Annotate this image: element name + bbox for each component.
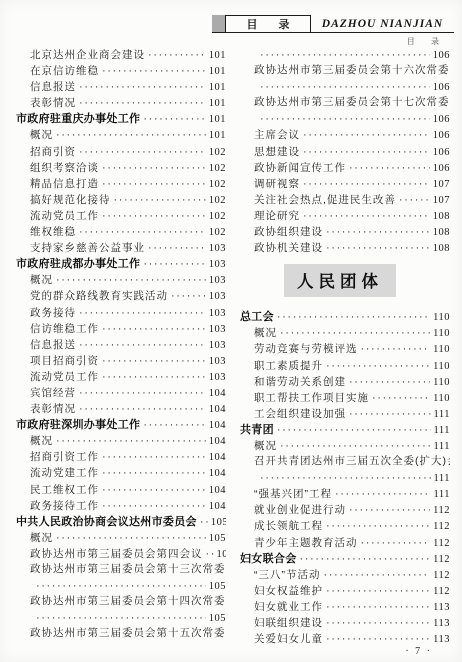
- toc-page-number: 111: [434, 471, 450, 485]
- toc-entry: 妇女就业工作113: [240, 598, 450, 614]
- dot-leader: [148, 239, 206, 255]
- dot-leader: [36, 609, 206, 625]
- dot-leader: [277, 308, 430, 324]
- toc-entry-title: 妇女权益维护: [254, 583, 323, 598]
- toc-page-number: 112: [433, 552, 450, 566]
- dot-leader: [326, 598, 430, 614]
- toc-page-number: 110: [433, 326, 450, 340]
- dot-leader: [114, 191, 206, 207]
- dot-leader: [326, 223, 430, 239]
- toc-entry: 概况105: [16, 529, 226, 545]
- toc-entry: 流动党建工作104: [16, 464, 226, 480]
- toc-entry: 理论研究108: [240, 207, 450, 223]
- dot-leader: [303, 126, 430, 142]
- toc-page-number: 103: [209, 354, 226, 368]
- journal-title: DAZHOU NIANJIAN: [322, 18, 443, 30]
- dot-leader: [303, 143, 430, 159]
- dot-leader: [303, 207, 430, 223]
- section-header: 人民团体: [284, 264, 396, 297]
- toc-page-number: 111: [434, 487, 450, 501]
- toc-entry: 调研视察107: [240, 175, 450, 191]
- dot-leader: [79, 143, 206, 159]
- toc-entry: 主席会议106: [240, 126, 450, 142]
- toc-entry-title: 项目招商引资: [30, 353, 99, 368]
- toc-entry: 信息报送103: [16, 336, 226, 352]
- toc-entry-title: 政协达州市第三届委员会第十五次常委会议: [30, 625, 226, 641]
- dot-leader: [143, 110, 205, 126]
- toc-entry: 概况110: [240, 324, 450, 340]
- toc-page-number: 106: [433, 145, 450, 159]
- header-bar: 目 录 DAZHOU NIANJIAN: [212, 15, 454, 33]
- dot-leader: [349, 373, 430, 389]
- toc-entry: 概况101: [16, 126, 226, 142]
- header-square-icon: [212, 15, 225, 32]
- toc-entry: 召开共青团达州市三届五次全委(扩大)会: [240, 453, 450, 469]
- dot-leader: [79, 223, 206, 239]
- toc-page-number: 102: [209, 193, 226, 207]
- dot-leader: [102, 207, 206, 223]
- toc-entry: 政务接待工作104: [16, 497, 226, 513]
- dot-leader: [372, 389, 430, 405]
- toc-entry: 和谐劳动关系创建110: [240, 373, 450, 389]
- toc-page-number: 102: [209, 209, 226, 223]
- toc-entry-title: 工会组织建设加强: [254, 406, 346, 421]
- dot-leader: [171, 287, 206, 303]
- toc-entry: 招商引资工作104: [16, 448, 226, 464]
- toc-entry-title: 维权维稳: [30, 224, 76, 239]
- toc-entry: 总工会110: [240, 308, 450, 324]
- toc-page-number: 101: [209, 128, 226, 142]
- toc-entry-title: 信息报送: [30, 79, 76, 94]
- toc-entry: 概况104: [16, 432, 226, 448]
- toc-page-number: 106: [433, 112, 450, 126]
- dot-leader: [300, 550, 431, 566]
- toc-entry: 流动党员工作102: [16, 207, 226, 223]
- toc-entry-title: 妇女就业工作: [254, 599, 323, 614]
- toc-entry: 组织考察洽谈102: [16, 159, 226, 175]
- toc-entry-title: 政协达州市第三届委员会第十六次常委会议: [254, 62, 450, 78]
- toc-page-number: 102: [209, 225, 226, 239]
- toc-entry-title: 党的群众路线教育实践活动: [30, 288, 168, 303]
- toc-entry: 政务接待103: [16, 304, 226, 320]
- dot-leader: [326, 630, 430, 646]
- toc-page-number: 113: [433, 632, 450, 646]
- toc-entry: “三八”节活动112: [240, 566, 450, 582]
- toc-page-number: 104: [209, 402, 226, 416]
- toc-entry-title: 关注社会热点,促进民生改善: [254, 192, 396, 207]
- toc-page-number: 112: [433, 584, 450, 598]
- toc-entry-title: 北京达州企业商会建设: [30, 47, 145, 62]
- toc-entry: “强基兴团”工程111: [240, 485, 450, 501]
- toc-entry: 思想建设106: [240, 143, 450, 159]
- toc-entry: 政协组织建设108: [240, 223, 450, 239]
- toc-page-number: 105: [217, 547, 227, 561]
- dot-leader: [349, 405, 431, 421]
- toc-entry: 中共人民政治协商会议达州市委员会105: [16, 513, 226, 529]
- toc-entry-title: 概况: [254, 438, 277, 453]
- toc-entry: 职工帮扶工作项目实施110: [240, 389, 450, 405]
- toc-page-number: 108: [433, 225, 450, 239]
- toc-entry: 关注社会热点,促进民生改善107: [240, 191, 450, 207]
- toc-entry-title: 流动党员工作: [30, 369, 99, 384]
- dot-leader: [349, 501, 430, 517]
- toc-page-number: 110: [433, 342, 450, 356]
- toc-entry: 北京达州企业商会建设101: [16, 46, 226, 62]
- dot-leader: [79, 400, 206, 416]
- toc-entry-title: 总工会: [240, 309, 274, 324]
- toc-page-number: 104: [209, 499, 226, 513]
- dot-leader: [260, 78, 430, 94]
- toc-entry: 劳动竞赛与劳模评选110: [240, 340, 450, 356]
- toc-entry-title: 召开共青团达州市三届五次全委(扩大)会: [254, 453, 450, 469]
- toc-entry-title: 表彰情况: [30, 401, 76, 416]
- dot-leader: [56, 529, 206, 545]
- toc-page-number: 105: [209, 531, 226, 545]
- dot-leader: [79, 94, 206, 110]
- toc-entry-title: 概况: [30, 272, 53, 287]
- toc-entry: 青少年主题教育活动112: [240, 534, 450, 550]
- toc-entry: 精品信息打造102: [16, 175, 226, 191]
- toc-entry: 妇女权益维护112: [240, 582, 450, 598]
- toc-entry-title: 政协达州市第三届委员会第十四次常委会议: [30, 593, 226, 609]
- toc-page-number: 106: [433, 80, 450, 94]
- toc-entry-title: 青少年主题教育活动: [254, 535, 358, 550]
- toc-page-number: 104: [209, 434, 226, 448]
- toc-entry-title: 信访维稳工作: [30, 321, 99, 336]
- toc-entry-title: 思想建设: [254, 144, 300, 159]
- dot-leader: [148, 46, 206, 62]
- toc-entry: 政协达州市第三届委员会第十四次常委会议: [16, 593, 226, 609]
- dot-leader: [79, 78, 206, 94]
- toc-entry-title: 政协组织建设: [254, 224, 323, 239]
- toc-page-number: 112: [433, 519, 450, 533]
- toc-page-number: 101: [209, 48, 226, 62]
- dot-leader: [200, 513, 208, 529]
- toc-page-number: 108: [433, 241, 450, 255]
- toc-page-number: 111: [434, 423, 450, 437]
- toc-page: 目 录 DAZHOU NIANJIAN 目 录 北京达州企业商会建设101在京信…: [0, 0, 462, 662]
- toc-page-number: 106: [433, 161, 450, 175]
- toc-page-number: 103: [209, 306, 226, 320]
- toc-entry: 106: [240, 110, 450, 126]
- journal-title-area: DAZHOU NIANJIAN: [311, 15, 454, 32]
- dot-leader: [399, 191, 430, 207]
- toc-entry-title: 劳动竞赛与劳模评选: [254, 341, 358, 356]
- toc-entry-title: 概况: [254, 325, 277, 340]
- toc-page-number: 105: [209, 579, 226, 593]
- toc-entry: 政协达州市第三届委员会第十七次常委会议: [240, 94, 450, 110]
- dot-leader: [79, 336, 206, 352]
- toc-entry-title: 概况: [30, 530, 53, 545]
- toc-page-number: 102: [209, 145, 226, 159]
- toc-entry: 市政府驻成都办事处工作103: [16, 255, 226, 271]
- dot-leader: [361, 534, 431, 550]
- toc-entry: 共青团111: [240, 421, 450, 437]
- dot-leader: [349, 159, 430, 175]
- toc-entry: 职工素质提升110: [240, 357, 450, 373]
- toc-page-number: 110: [433, 359, 450, 373]
- toc-entry: 106: [240, 46, 450, 62]
- toc-page-number: 113: [433, 600, 450, 614]
- toc-page-number: 111: [434, 407, 450, 421]
- toc-columns: 北京达州企业商会建设101在京信访维稳101信息报送101表彰情况101市政府驻…: [16, 46, 450, 644]
- dot-leader: [143, 255, 205, 271]
- dot-leader: [324, 566, 431, 582]
- toc-entry: 概况111: [240, 437, 450, 453]
- toc-entry: 项目招商引资103: [16, 352, 226, 368]
- dot-leader: [361, 340, 431, 356]
- dot-leader: [260, 469, 431, 485]
- toc-page-number: 110: [433, 375, 450, 389]
- toc-page-number: 105: [209, 611, 226, 625]
- toc-entry: 维权维稳102: [16, 223, 226, 239]
- dot-leader: [102, 159, 206, 175]
- toc-entry-title: 流动党建工作: [30, 465, 99, 480]
- toc-entry-title: 市政府驻成都办事处工作: [16, 256, 140, 271]
- toc-entry-title: 共青团: [240, 422, 274, 437]
- toc-page-number: 106: [433, 48, 450, 62]
- toc-entry: 在京信访维稳101: [16, 62, 226, 78]
- toc-entry: 市政府驻深圳办事处工作104: [16, 416, 226, 432]
- dot-leader: [102, 497, 206, 513]
- toc-entry-title: 主席会议: [254, 127, 300, 142]
- toc-page-number: 113: [433, 616, 450, 630]
- toc-entry-title: 调研视察: [254, 176, 300, 191]
- toc-entry: 111: [240, 469, 450, 485]
- toc-page-number: 112: [433, 568, 450, 582]
- toc-entry: 宾馆经营104: [16, 384, 226, 400]
- dot-leader: [303, 175, 430, 191]
- toc-entry-title: 概况: [30, 433, 53, 448]
- toc-entry: 政协机关建设108: [240, 239, 450, 255]
- dot-leader: [102, 175, 206, 191]
- toc-page-number: 101: [209, 96, 226, 110]
- toc-entry-title: 职工帮扶工作项目实施: [254, 390, 369, 405]
- dot-leader: [102, 448, 206, 464]
- toc-entry-title: 招商引资: [30, 144, 76, 159]
- toc-entry: 关爱妇女儿童113: [240, 630, 450, 646]
- toc-page-number: 103: [209, 273, 226, 287]
- toc-page-number: 103: [209, 289, 226, 303]
- toc-page-number: 104: [209, 466, 226, 480]
- dot-leader: [79, 304, 206, 320]
- toc-page-number: 110: [433, 310, 450, 324]
- dot-leader: [102, 352, 206, 368]
- toc-entry-title: 市政府驻重庆办事处工作: [16, 111, 140, 126]
- toc-entry: 106: [240, 78, 450, 94]
- toc-entry-title: 政协达州市第三届委员会第十七次常委会议: [254, 94, 450, 110]
- toc-entry: 表彰情况104: [16, 400, 226, 416]
- toc-entry: 搞好规范化接待102: [16, 191, 226, 207]
- toc-title-label: 目 录: [237, 16, 298, 32]
- toc-entry-title: “强基兴团”工程: [254, 486, 332, 501]
- dot-leader: [36, 577, 206, 593]
- toc-entry-title: 宾馆经营: [30, 385, 76, 400]
- dot-leader: [280, 324, 430, 340]
- toc-page-number: 103: [209, 370, 226, 384]
- toc-entry: 妇联组织建设113: [240, 614, 450, 630]
- dot-leader: [326, 517, 430, 533]
- toc-page-number: 110: [433, 391, 450, 405]
- dot-leader: [260, 46, 430, 62]
- toc-page-number: 104: [209, 450, 226, 464]
- dot-leader: [326, 582, 430, 598]
- toc-entry: 党的群众路线教育实践活动103: [16, 287, 226, 303]
- dot-leader: [102, 464, 206, 480]
- toc-entry: 信息报送101: [16, 78, 226, 94]
- toc-page-number: 104: [209, 483, 226, 497]
- toc-entry: 概况103: [16, 271, 226, 287]
- toc-entry-title: 搞好规范化接待: [30, 192, 111, 207]
- toc-entry: 105: [16, 577, 226, 593]
- toc-entry: 流动党员工作103: [16, 368, 226, 384]
- toc-entry: 政协达州市第三届委员会第四会议105: [16, 545, 226, 561]
- toc-page-number: 107: [433, 177, 450, 191]
- toc-entry-title: 妇女联合会: [240, 551, 297, 566]
- toc-entry-title: 招商引资工作: [30, 449, 99, 464]
- toc-column-left: 北京达州企业商会建设101在京信访维稳101信息报送101表彰情况101市政府驻…: [16, 46, 226, 644]
- toc-entry-title: 政协机关建设: [254, 240, 323, 255]
- toc-page-number: 108: [433, 209, 450, 223]
- dot-leader: [326, 614, 430, 630]
- toc-entry-title: 政协达州市第三届委员会第十三次常委会议: [30, 561, 226, 577]
- toc-entry-title: 支持家乡慈善公益事业: [30, 240, 145, 255]
- toc-entry-title: 市政府驻深圳办事处工作: [16, 417, 140, 432]
- toc-entry-title: “三八”节活动: [254, 567, 321, 582]
- toc-entry-title: 政协新闻宣传工作: [254, 160, 346, 175]
- toc-entry-title: 成长领航工程: [254, 518, 323, 533]
- toc-page-number: 101: [209, 112, 226, 126]
- toc-entry: 表彰情况101: [16, 94, 226, 110]
- toc-entry-title: 精品信息打造: [30, 176, 99, 191]
- toc-page-number: 103: [209, 257, 226, 271]
- toc-entry-title: 在京信访维稳: [30, 63, 99, 78]
- dot-leader: [102, 368, 206, 384]
- toc-entry: 政协达州市第三届委员会第十三次常委会议: [16, 561, 226, 577]
- toc-entry-title: 关爱妇女儿童: [254, 631, 323, 646]
- toc-entry: 工会组织建设加强111: [240, 405, 450, 421]
- page-number-footer: · 7 ·: [405, 646, 432, 657]
- toc-entry-title: 和谐劳动关系创建: [254, 374, 346, 389]
- toc-entry: 就业创业促进行动112: [240, 501, 450, 517]
- dot-leader: [326, 239, 430, 255]
- toc-page-number: 103: [209, 322, 226, 336]
- toc-entry: 支持家乡慈善公益事业103: [16, 239, 226, 255]
- toc-entry: 民工维权工作104: [16, 481, 226, 497]
- toc-column-right: 106政协达州市第三届委员会第十六次常委会议106政协达州市第三届委员会第十七次…: [240, 46, 450, 644]
- toc-page-number: 112: [433, 503, 450, 517]
- dot-leader: [143, 416, 205, 432]
- toc-entry-title: 就业创业促进行动: [254, 502, 346, 517]
- toc-entry: 信访维稳工作103: [16, 320, 226, 336]
- toc-entry-title: 中共人民政治协商会议达州市委员会: [16, 514, 197, 529]
- toc-page-number: 112: [433, 536, 450, 550]
- toc-page-number: 107: [433, 193, 450, 207]
- dot-leader: [56, 126, 206, 142]
- toc-page-number: 102: [209, 177, 226, 191]
- toc-page-number: 106: [433, 128, 450, 142]
- dot-leader: [56, 271, 206, 287]
- toc-entry: 105: [16, 609, 226, 625]
- dot-leader: [277, 421, 431, 437]
- dot-leader: [280, 437, 431, 453]
- toc-page-number: 101: [209, 80, 226, 94]
- toc-page-number: 104: [209, 386, 226, 400]
- toc-entry-title: 组织考察洽谈: [30, 160, 99, 175]
- dot-leader: [102, 62, 206, 78]
- toc-entry: 政协达州市第三届委员会第十五次常委会议: [16, 625, 226, 641]
- toc-entry-title: 职工素质提升: [254, 358, 323, 373]
- toc-page-number: 103: [209, 241, 226, 255]
- dot-leader: [326, 357, 430, 373]
- toc-page-number: 102: [209, 161, 226, 175]
- toc-page-number: 111: [434, 439, 450, 453]
- dot-leader: [79, 384, 206, 400]
- toc-entry-title: 流动党员工作: [30, 208, 99, 223]
- toc-entry: 市政府驻重庆办事处工作101: [16, 110, 226, 126]
- dot-leader: [102, 320, 206, 336]
- toc-page-number: 104: [209, 418, 226, 432]
- dot-leader: [260, 110, 430, 126]
- toc-title-box: 目 录: [225, 15, 311, 32]
- toc-entry-title: 信息报送: [30, 337, 76, 352]
- toc-entry: 招商引资102: [16, 143, 226, 159]
- toc-entry: 政协新闻宣传工作106: [240, 159, 450, 175]
- toc-entry-title: 表彰情况: [30, 95, 76, 110]
- toc-entry-title: 政务接待: [30, 305, 76, 320]
- toc-entry: 成长领航工程112: [240, 517, 450, 533]
- toc-page-number: 101: [209, 64, 226, 78]
- dot-leader: [335, 485, 431, 501]
- toc-page-number: 105: [211, 515, 226, 529]
- toc-entry: 妇女联合会112: [240, 550, 450, 566]
- toc-entry-title: 民工维权工作: [30, 482, 99, 497]
- section-header-label: 人民团体: [297, 273, 383, 291]
- dot-leader: [56, 432, 206, 448]
- toc-entry: 政协达州市第三届委员会第十六次常委会议: [240, 62, 450, 78]
- toc-page-number: 103: [209, 338, 226, 352]
- toc-entry-title: 政务接待工作: [30, 498, 99, 513]
- toc-entry-title: 政协达州市第三届委员会第四会议: [30, 546, 203, 561]
- dot-leader: [206, 545, 214, 561]
- toc-entry-title: 妇联组织建设: [254, 615, 323, 630]
- toc-entry-title: 概况: [30, 127, 53, 142]
- toc-entry-title: 理论研究: [254, 208, 300, 223]
- dot-leader: [102, 481, 206, 497]
